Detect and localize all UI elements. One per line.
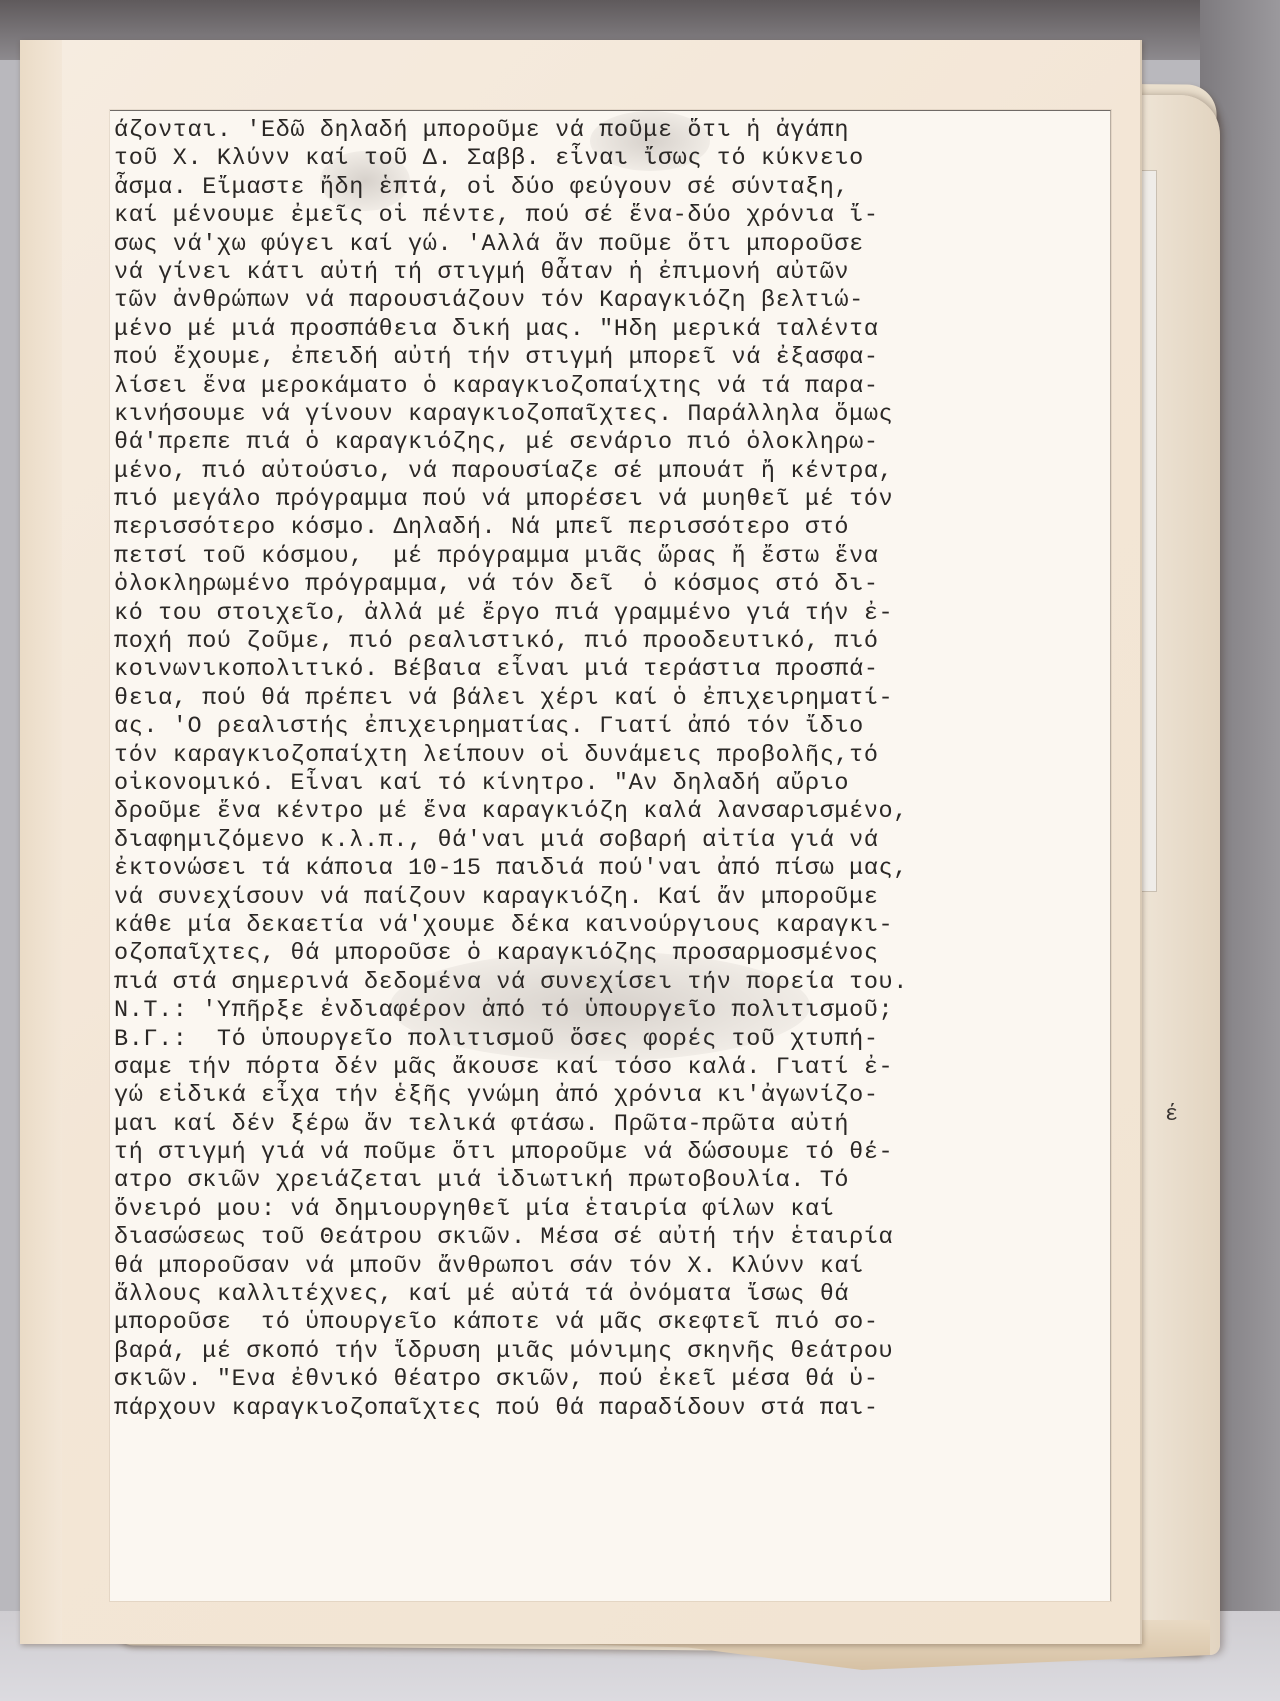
text-line: ὄνειρό μου: νά δημιουργηθεῖ μία ἑταιρία … — [114, 1196, 1114, 1224]
text-line: τῶν ἀνθρώπων νά παρουσιάζουν τόν Καραγκι… — [114, 287, 1114, 315]
text-line: βαρά, μέ σκοπό τήν ἵδρυση μιᾶς μόνιμης σ… — [114, 1338, 1114, 1366]
text-line: μένο μέ μιά προσπάθεια δική μας. "Ηδη με… — [114, 316, 1114, 344]
text-line: οἰκονομικό. Εἶναι καί τό κίνητρο. "Αν δη… — [114, 770, 1114, 798]
page-fold — [20, 40, 62, 1644]
text-line: περισσότερο κόσμο. Δηλαδή. Νά μπεῖ περισ… — [114, 514, 1114, 542]
text-line: ποχή πού ζοῦμε, πιό ρεαλιστικό, πιό προο… — [114, 628, 1114, 656]
text-line: μποροῦσε τό ὑπουργεῖο κάποτε νά μᾶς σκεφ… — [114, 1309, 1114, 1337]
text-line: γώ εἰδικά εἶχα τήν ἑξῆς γνώμη ἀπό χρόνια… — [114, 1082, 1114, 1110]
text-line: κοινωνικοπολιτικό. Βέβαια εἶναι μιά τερά… — [114, 656, 1114, 684]
text-line: ατρο σκιῶν χρειάζεται μιά ἰδιωτική πρωτο… — [114, 1167, 1114, 1195]
text-line: ἄλλους καλλιτέχνες, καί μέ αὐτά τά ὀνόμα… — [114, 1281, 1114, 1309]
notebook-page: άζονται. 'Εδῶ δηλαδή μποροῦμε νά ποῦμε ὅ… — [20, 40, 1142, 1644]
text-line: νά συνεχίσουν νά παίζουν καραγκιόζη. Καί… — [114, 884, 1114, 912]
text-line: πάρχουν καραγκιοζοπαῖχτες πού θά παραδίδ… — [114, 1395, 1114, 1423]
text-line: δροῦμε ἕνα κέντρο μέ ἕνα καραγκιόζη καλά… — [114, 798, 1114, 826]
text-line: οζοπαῖχτες, θά μποροῦσε ὁ καραγκιόζης πρ… — [114, 940, 1114, 968]
text-line: τόν καραγκιοζοπαίχτη λείπουν οἱ δυνάμεις… — [114, 742, 1114, 770]
typed-text-body: άζονται. 'Εδῶ δηλαδή μποροῦμε νά ποῦμε ὅ… — [114, 117, 1114, 1423]
text-line: σκιῶν. "Ενα ἐθνικό θέατρο σκιῶν, πού ἐκε… — [114, 1366, 1114, 1394]
text-line: θεια, πού θά πρέπει νά βάλει χέρι καί ὁ … — [114, 685, 1114, 713]
text-line: τή στιγμή γιά νά ποῦμε ὅτι μποροῦμε νά δ… — [114, 1139, 1114, 1167]
text-line: διασώσεως τοῦ Θεάτρου σκιῶν. Μέσα σέ αὐτ… — [114, 1224, 1114, 1252]
text-line: ἆσμα. Εἴμαστε ἤδη ἑπτά, οἱ δύο φεύγουν σ… — [114, 174, 1114, 202]
text-line: λίσει ἕνα μεροκάματο ὁ καραγκιοζοπαίχτης… — [114, 373, 1114, 401]
text-line: άζονται. 'Εδῶ δηλαδή μποροῦμε νά ποῦμε ὅ… — [114, 117, 1114, 145]
text-line: ἐκτονώσει τά κάποια 10-15 παιδιά πού'ναι… — [114, 855, 1114, 883]
interviewer-question-line: Ν.Τ.: 'Υπῆρξε ἐνδιαφέρον ἀπό τό ὑπουργεῖ… — [114, 997, 1114, 1025]
text-line: κάθε μία δεκαετία νά'χουμε δέκα καινούργ… — [114, 912, 1114, 940]
typed-sheet: άζονται. 'Εδῶ δηλαδή μποροῦμε νά ποῦμε ὅ… — [110, 110, 1111, 1601]
text-line: μαι καί δέν ξέρω ἄν τελικά φτάσω. Πρῶτα-… — [114, 1111, 1114, 1139]
text-line: θά μποροῦσαν νά μποῦν ἄνθρωποι σάν τόν Χ… — [114, 1253, 1114, 1281]
text-line: τοῦ Χ. Κλύνν καί τοῦ Δ. Σαββ. εἶναι ἴσως… — [114, 145, 1114, 173]
text-line: διαφημιζόμενο κ.λ.π., θά'ναι μιά σοβαρή … — [114, 827, 1114, 855]
text-line: πιά στά σημερινά δεδομένα νά συνεχίσει τ… — [114, 969, 1114, 997]
interviewee-answer-line: Β.Γ.: Τό ὑπουργεῖο πολιτισμοῦ ὅσες φορές… — [114, 1026, 1114, 1054]
text-line: πιό μεγάλο πρόγραμμα πού νά μπορέσει νά … — [114, 486, 1114, 514]
text-line: ας. 'Ο ρεαλιστής ἐπιχειρηματίας. Γιατί ἀ… — [114, 713, 1114, 741]
text-line: καί μένουμε ἐμεῖς οἱ πέντε, πού σέ ἕνα-δ… — [114, 202, 1114, 230]
text-line: κό του στοιχεῖο, ἀλλά μέ ἔργο πιά γραμμέ… — [114, 600, 1114, 628]
text-line: κινήσουμε νά γίνουν καραγκιοζοπαῖχτες. Π… — [114, 401, 1114, 429]
text-line: νά γίνει κάτι αὐτή τή στιγμή θἆταν ἡ ἐπι… — [114, 259, 1114, 287]
margin-fragment: έ — [1165, 1102, 1178, 1127]
text-line: θά'πρεπε πιά ὁ καραγκιόζης, μέ σενάριο π… — [114, 429, 1114, 457]
text-line: σως νά'χω φύγει καί γώ. 'Αλλά ἄν ποῦμε ὅ… — [114, 231, 1114, 259]
text-line: μένο, πιό αὐτούσιο, νά παρουσίαζε σέ μπο… — [114, 458, 1114, 486]
text-line: πού ἔχουμε, ἐπειδή αὐτή τήν στιγμή μπορε… — [114, 344, 1114, 372]
text-line: σαμε τήν πόρτα δέν μᾶς ἄκουσε καί τόσο κ… — [114, 1054, 1114, 1082]
text-line: ὁλοκληρωμένο πρόγραμμα, νά τόν δεῖ ὁ κόσ… — [114, 571, 1114, 599]
text-line: πετσί τοῦ κόσμου, μέ πρόγραμμα μιᾶς ὥρας… — [114, 543, 1114, 571]
